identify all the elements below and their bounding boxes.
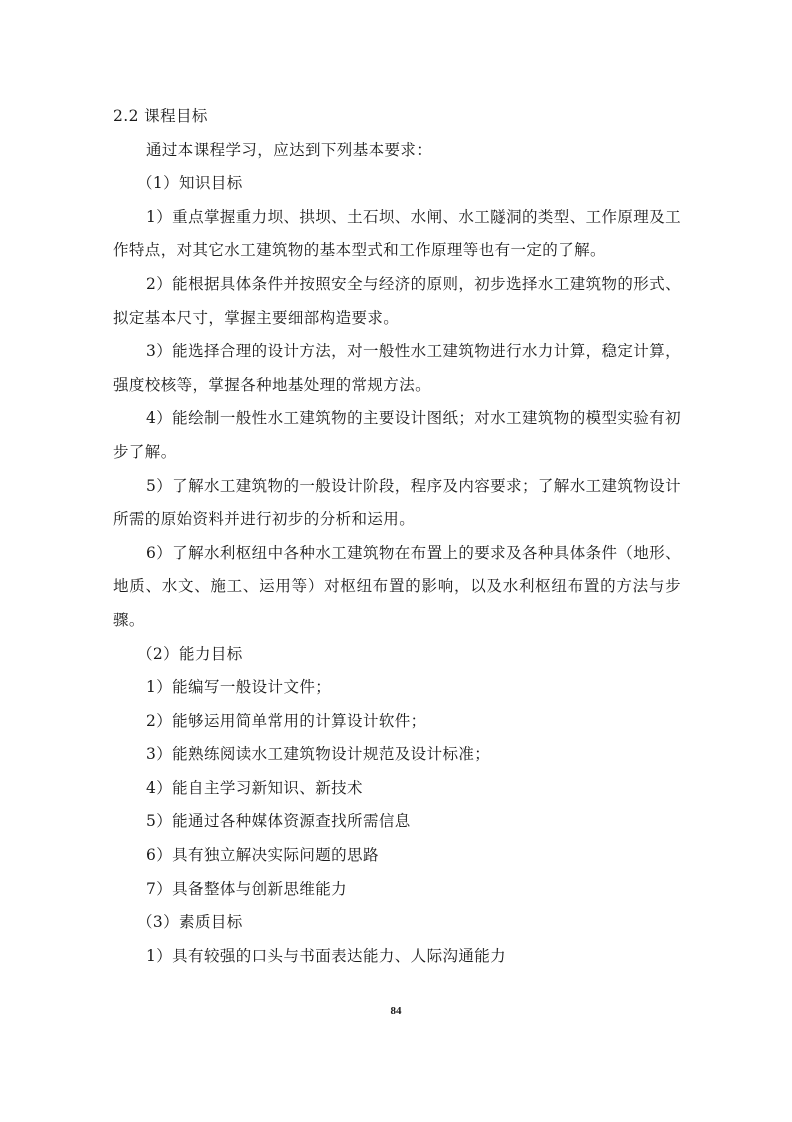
knowledge-item-1: 1）重点掌握重力坝、拱坝、土石坝、水闸、水工隧洞的类型、工作原理及工作特点，对其… <box>113 201 681 268</box>
ability-item-4: 4）能自主学习新知识、新技术 <box>113 772 681 806</box>
ability-item-5: 5）能通过各种媒体资源查找所需信息 <box>113 805 681 839</box>
ability-item-1: 1）能编写一般设计文件； <box>113 671 681 705</box>
ability-item-3: 3）能熟练阅读水工建筑物设计规范及设计标准； <box>113 738 681 772</box>
page-number: 84 <box>0 1005 792 1017</box>
knowledge-item-2: 2）能根据具体条件并按照安全与经济的原则，初步选择水工建筑物的形式、拟定基本尺寸… <box>113 268 681 335</box>
ability-goals-title: （2）能力目标 <box>113 638 681 672</box>
quality-goals-title: （3）素质目标 <box>113 906 681 940</box>
knowledge-item-4: 4）能绘制一般性水工建筑物的主要设计图纸；对水工建筑物的模型实验有初步了解。 <box>113 402 681 469</box>
knowledge-item-5: 5）了解水工建筑物的一般设计阶段，程序及内容要求；了解水工建筑物设计所需的原始资… <box>113 470 681 537</box>
ability-item-2: 2）能够运用简单常用的计算设计软件； <box>113 705 681 739</box>
section-intro: 通过本课程学习，应达到下列基本要求： <box>113 134 681 168</box>
knowledge-goals-title: （1）知识目标 <box>113 167 681 201</box>
section-heading: 2.2 课程目标 <box>113 100 681 134</box>
knowledge-item-6: 6）了解水利枢纽中各种水工建筑物在布置上的要求及各种具体条件（地形、地质、水文、… <box>113 537 681 638</box>
quality-item-1: 1）具有较强的口头与书面表达能力、人际沟通能力 <box>113 940 681 974</box>
document-page: 2.2 课程目标 通过本课程学习，应达到下列基本要求： （1）知识目标 1）重点… <box>113 100 681 973</box>
ability-item-7: 7）具备整体与创新思维能力 <box>113 873 681 907</box>
knowledge-item-3: 3）能选择合理的设计方法，对一般性水工建筑物进行水力计算，稳定计算，强度校核等，… <box>113 335 681 402</box>
ability-item-6: 6）具有独立解决实际问题的思路 <box>113 839 681 873</box>
